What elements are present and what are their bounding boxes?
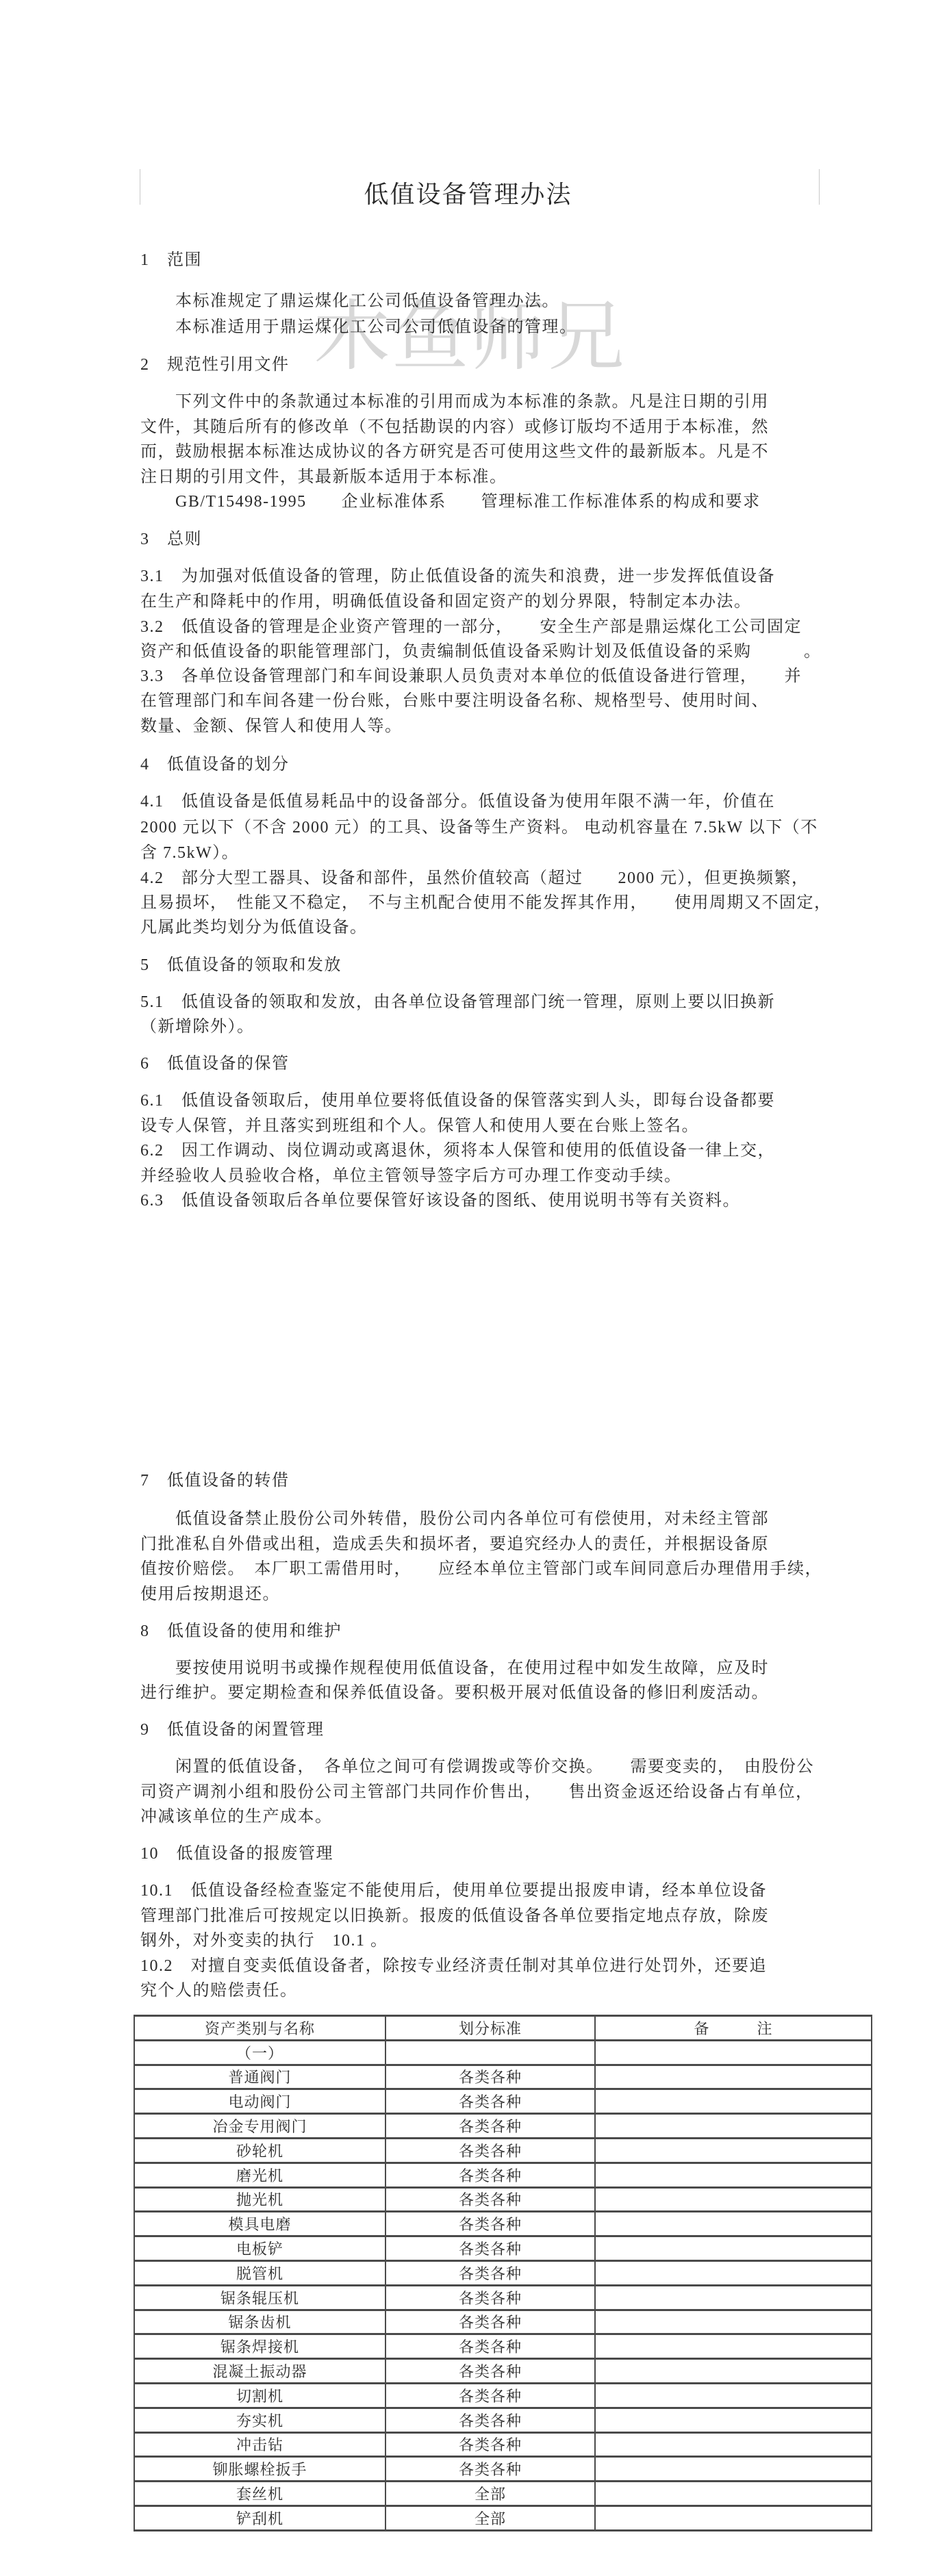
table-row: 铆胀螺栓扳手各类各种 [134, 2457, 872, 2482]
table-row: 夯实机各类各种 [134, 2408, 872, 2432]
table-header-row: 资产类别与名称划分标准备 注 [134, 2016, 872, 2041]
text-line: 6.1 低值设备领取后，使用单位要将低值设备的保管落实到人头，即每台设备都要 [140, 1088, 775, 1114]
remark-cell [595, 2089, 872, 2114]
text-line: 含 7.5kW）。 [140, 841, 239, 866]
standard-cell: 全部 [385, 2505, 595, 2530]
section-heading: 7 低值设备的转借 [140, 1468, 290, 1494]
standard-cell: 各类各种 [385, 2457, 595, 2482]
text-line: 在生产和降耗中的作用，明确低值设备和固定资产的划分界限，特制定本办法。 [140, 589, 752, 615]
text-line: 6.2 因工作调动、岗位调动或离退休，须将本人保管和使用的低值设备一律上交， [140, 1138, 775, 1164]
classification-table-body: （一）普通阀门各类各种电动阀门各类各种冶金专用阀门各类各种砂轮机各类各种磨光机各… [134, 2040, 872, 2530]
standard-cell: 各类各种 [385, 2408, 595, 2432]
asset-name-cell: 铲刮机 [134, 2505, 385, 2530]
asset-name-cell: 切割机 [134, 2383, 385, 2408]
standard-cell: 各类各种 [385, 2212, 595, 2236]
asset-name-cell: 磨光机 [134, 2163, 385, 2187]
remark-cell [595, 2285, 872, 2310]
text-line: 下列文件中的条款通过本标准的引用而成为本标准的条款。凡是注日期的引用 [140, 390, 769, 415]
table-row: 普通阀门各类各种 [134, 2065, 872, 2089]
section-heading: 6 低值设备的保管 [140, 1051, 290, 1077]
text-line: 数量、金额、保管人和使用人等。 [140, 714, 403, 739]
text-line: 3.1 为加强对低值设备的管理，防止低值设备的流失和浪费，进一步发挥低值设备 [140, 564, 775, 589]
standard-cell: 各类各种 [385, 2114, 595, 2139]
remark-cell [595, 2236, 872, 2261]
column-header: 资产类别与名称 [134, 2016, 385, 2041]
text-line: 10.2 对擅自变卖低值设备者，除按专业经济责任制对其单位进行处罚外，还要追 [140, 1954, 767, 1979]
standard-cell: 各类各种 [385, 2285, 595, 2310]
table-row: 抛光机各类各种 [134, 2187, 872, 2212]
remark-cell [595, 2310, 872, 2334]
standard-cell [385, 2040, 595, 2065]
text-line: 4.2 部分大型工器具、设备和部件，虽然价值较高（超过 2000 元），但更换频… [140, 866, 809, 891]
standard-cell: 各类各种 [385, 2138, 595, 2163]
standard-cell: 各类各种 [385, 2334, 595, 2359]
text-line: 10.1 低值设备经检查鉴定不能使用后，使用单位要提出报废申请，经本单位设备 [140, 1878, 767, 1904]
text-line: 4.1 低值设备是低值易耗品中的设备部分。低值设备为使用年限不满一年，价值在 [140, 789, 775, 815]
text-line: 在管理部门和车间各建一份台账，台账中要注明设备名称、规格型号、使用时间、 [140, 689, 769, 714]
table-row: 套丝机全部 [134, 2482, 872, 2506]
text-line: 门批准私自外借或出租，造成丢失和损坏者，要追究经办人的责任，并根据设备原 [140, 1532, 769, 1557]
table-row: 铲刮机全部 [134, 2505, 872, 2530]
text-line: 值按价赔偿。 本厂职工需借用时， 应经本单位主管部门或车间同意后办理借用手续， [140, 1557, 822, 1582]
text-line: 且易损坏， 性能又不稳定， 不与主机配合使用不能发挥其作用， 使用周期又不固定， [140, 891, 832, 916]
asset-name-cell: 砂轮机 [134, 2138, 385, 2163]
table-row: （一） [134, 2040, 872, 2065]
asset-name-cell: 锯条焊接机 [134, 2334, 385, 2359]
standard-cell: 各类各种 [385, 2260, 595, 2285]
table-row: 砂轮机各类各种 [134, 2138, 872, 2163]
text-line: 而，鼓励根据本标准达成协议的各方研究是否可使用这些文件的最新版本。凡是不 [140, 439, 769, 465]
remark-cell [595, 2457, 872, 2482]
standard-cell: 各类各种 [385, 2236, 595, 2261]
asset-name-cell: 电动阀门 [134, 2089, 385, 2114]
asset-name-cell: 套丝机 [134, 2482, 385, 2506]
asset-name-cell: 混凝土振动器 [134, 2359, 385, 2384]
text-line: 6.3 低值设备领取后各单位要保管好该设备的图纸、使用说明书等有关资料。 [140, 1188, 740, 1214]
remark-cell [595, 2212, 872, 2236]
text-line: 并经验收人员验收合格，单位主管领导签字后方可办理工作变动手续。 [140, 1164, 682, 1189]
standard-cell: 各类各种 [385, 2065, 595, 2089]
table-row: 电动阀门各类各种 [134, 2089, 872, 2114]
text-line: 使用后按期退还。 [140, 1582, 280, 1607]
table-row: 冲击钻各类各种 [134, 2432, 872, 2457]
text-line: GB/T15498-1995 企业标准体系 管理标准工作标准体系的构成和要求 [140, 489, 761, 515]
column-header: 划分标准 [385, 2016, 595, 2041]
remark-cell [595, 2432, 872, 2457]
asset-name-cell: 抛光机 [134, 2187, 385, 2212]
section-heading: 1 范围 [140, 248, 202, 273]
section-heading: 8 低值设备的使用和维护 [140, 1619, 342, 1644]
remark-cell [595, 2114, 872, 2139]
remark-cell [595, 2187, 872, 2212]
asset-name-cell: 模具电磨 [134, 2212, 385, 2236]
table-row: 模具电磨各类各种 [134, 2212, 872, 2236]
table-row: 锯条齿机各类各种 [134, 2310, 872, 2334]
table-row: 脱管机各类各种 [134, 2260, 872, 2285]
remark-cell [595, 2383, 872, 2408]
section-heading: 3 总则 [140, 527, 202, 552]
text-line: 进行维护。要定期检查和保养低值设备。要积极开展对低值设备的修旧利废活动。 [140, 1681, 769, 1706]
section-heading: 4 低值设备的划分 [140, 752, 290, 778]
text-line: 2000 元以下（不含 2000 元）的工具、设备等生产资料。 电动机容量在 7… [140, 815, 818, 841]
text-line: 5.1 低值设备的领取和发放，由各单位设备管理部门统一管理，原则上要以旧换新 [140, 990, 775, 1015]
remark-cell [595, 2163, 872, 2187]
asset-name-cell: 普通阀门 [134, 2065, 385, 2089]
text-line: 钢外，对外变卖的执行 10.1 。 [140, 1928, 388, 1954]
text-line: 凡属此类均划分为低值设备。 [140, 915, 368, 941]
standard-cell: 各类各种 [385, 2089, 595, 2114]
remark-cell [595, 2482, 872, 2506]
classification-table: 资产类别与名称划分标准备 注 （一）普通阀门各类各种电动阀门各类各种冶金专用阀门… [134, 2015, 872, 2532]
text-line: 设专人保管，并且落实到班组和个人。保管人和使用人要在台账上签名。 [140, 1114, 699, 1139]
remark-cell [595, 2505, 872, 2530]
table-row: 锯条辊压机各类各种 [134, 2285, 872, 2310]
remark-cell [595, 2040, 872, 2065]
text-line: 究个人的赔偿责任。 [140, 1978, 298, 2004]
text-line: 本标准适用于鼎运煤化工公司公司低值设备的管理。 [140, 315, 577, 340]
remark-cell [595, 2408, 872, 2432]
standard-cell: 各类各种 [385, 2383, 595, 2408]
asset-name-cell: 冶金专用阀门 [134, 2114, 385, 2139]
section-heading: 9 低值设备的闲置管理 [140, 1718, 325, 1743]
text-line: 资产和低值设备的职能管理部门，负责编制低值设备采购计划及低值设备的采购 。 [140, 639, 822, 665]
section-heading: 5 低值设备的领取和发放 [140, 953, 342, 978]
text-line: 管理部门批准后可按规定以旧换新。报废的低值设备各单位要指定地点存放，除废 [140, 1904, 769, 1929]
document-page: 木鱼师兄 低值设备管理办法 1 范围 本标准规定了鼎运煤化工公司低值设备管理办法… [0, 0, 936, 2576]
asset-name-cell: 电板铲 [134, 2236, 385, 2261]
classification-table-header: 资产类别与名称划分标准备 注 [134, 2016, 872, 2041]
standard-cell: 各类各种 [385, 2310, 595, 2334]
text-line: 注日期的引用文件，其最新版本适用于本标准。 [140, 465, 507, 490]
standard-cell: 各类各种 [385, 2432, 595, 2457]
table-row: 电板铲各类各种 [134, 2236, 872, 2261]
asset-name-cell: 铆胀螺栓扳手 [134, 2457, 385, 2482]
text-line: 闲置的低值设备， 各单位之间可有偿调拨或等价交换。 需要变卖的， 由股份公 [140, 1755, 814, 1780]
standard-cell: 全部 [385, 2482, 595, 2506]
text-line: （新增除外）。 [140, 1015, 255, 1040]
asset-name-cell: 锯条齿机 [134, 2310, 385, 2334]
text-line: 司资产调剂小组和股份公司主管部门共同作价售出， 售出资金返还给设备占有单位， [140, 1780, 813, 1805]
asset-name-cell: 夯实机 [134, 2408, 385, 2432]
asset-name-cell: 脱管机 [134, 2260, 385, 2285]
text-line: 3.2 低值设备的管理是企业资产管理的一部分， 安全生产部是鼎运煤化工公司固定 [140, 615, 802, 640]
remark-cell [595, 2359, 872, 2384]
asset-name-cell: 锯条辊压机 [134, 2285, 385, 2310]
section-heading: 2 规范性引用文件 [140, 353, 290, 378]
column-header: 备 注 [595, 2016, 872, 2041]
table-row: 切割机各类各种 [134, 2383, 872, 2408]
remark-cell [595, 2138, 872, 2163]
text-line: 低值设备禁止股份公司外转借，股份公司内各单位可有偿使用，对未经主管部 [140, 1507, 769, 1532]
table-row: 混凝土振动器各类各种 [134, 2359, 872, 2384]
remark-cell [595, 2065, 872, 2089]
text-line: 本标准规定了鼎运煤化工公司低值设备管理办法。 [140, 289, 559, 314]
text-line: 3.3 各单位设备管理部门和车间设兼职人员负责对本单位的低值设备进行管理， 并 [140, 664, 802, 689]
table-row: 锯条焊接机各类各种 [134, 2334, 872, 2359]
table-row: 冶金专用阀门各类各种 [134, 2114, 872, 2139]
text-line: 文件，其随后所有的修改单（不包括勘误的内容）或修订版均不适用于本标准，然 [140, 415, 769, 440]
text-line: 冲减该单位的生产成本。 [140, 1805, 333, 1830]
standard-cell: 各类各种 [385, 2163, 595, 2187]
standard-cell: 各类各种 [385, 2187, 595, 2212]
remark-cell [595, 2260, 872, 2285]
remark-cell [595, 2334, 872, 2359]
asset-name-cell: （一） [134, 2040, 385, 2065]
asset-name-cell: 冲击钻 [134, 2432, 385, 2457]
document-title: 低值设备管理办法 [0, 175, 936, 210]
section-heading: 10 低值设备的报废管理 [140, 1841, 333, 1867]
text-line: 要按使用说明书或操作规程使用低值设备，在使用过程中如发生故障，应及时 [140, 1656, 769, 1681]
standard-cell: 各类各种 [385, 2359, 595, 2384]
table-row: 磨光机各类各种 [134, 2163, 872, 2187]
